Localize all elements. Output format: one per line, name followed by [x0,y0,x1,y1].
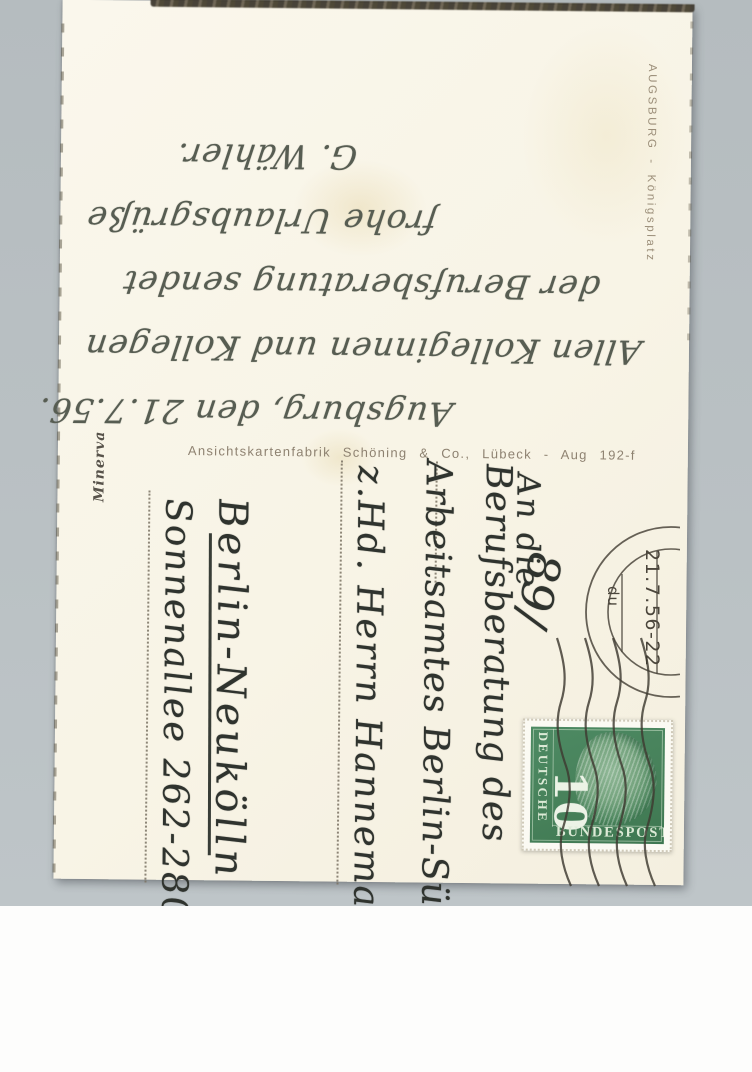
printed-caption: AUGSBURG - Königsplatz [644,64,658,284]
minerva-logo: Minerva [91,418,108,502]
message-signature: G. Wähler. [81,122,362,189]
postage-stamp: DEUTSCHE 10 BUNDESPOST [522,719,673,853]
address-line-city: Berlin-Neukölln [205,497,255,882]
stamp-bottom-text: BUNDESPOST [556,824,665,842]
message-line: der Berufsberatung sendet [79,250,603,319]
message-line-date: Augsburg, den 21.7.56. [78,378,457,446]
handwritten-message: Augsburg, den 21.7.56. Allen Kolleginnen… [82,98,646,448]
postcard-back: AUGSBURG - Königsplatz Augsburg, den 21.… [53,0,692,885]
message-line: frohe Urlaubsgrüße [80,186,441,254]
message-line: Allen Kolleginnen und Kollegen [79,314,645,384]
stamp-value: 10 [547,770,592,832]
page-background-strip [0,906,752,1072]
stamp-design: DEUTSCHE 10 BUNDESPOST [530,727,665,844]
address-line-arbeitsamt: Arbeitsamtes Berlin-Süd, [413,458,459,944]
address-dotted-rule [336,461,342,885]
address-line-berufsberatung: Berufsberatung des [474,462,519,844]
address-dotted-rule [144,491,150,883]
postcard-scan: { "colors": { "backdrop_grey": "#b8bfc2"… [0,0,752,1072]
address-line-street: Sonnenallee 262-280. [153,496,199,936]
address-line-zhd: z.Hd. Herrn Hannemann [345,463,391,960]
